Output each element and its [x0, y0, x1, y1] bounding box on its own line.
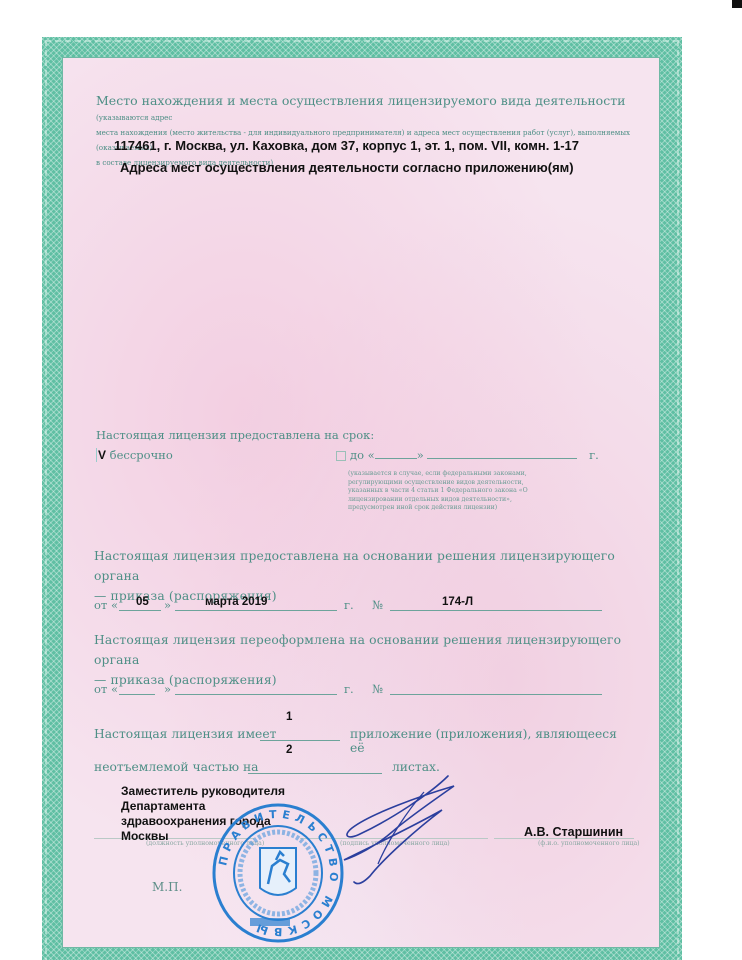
until-mid: »: [417, 448, 424, 462]
reissue-number-label: №: [372, 682, 383, 696]
location-title-note: (указываются адрес: [96, 113, 172, 122]
handwritten-signature-icon: [330, 770, 470, 890]
appendix-text-after: приложение (приложения), являющееся её: [350, 727, 634, 755]
basis-year-suffix: г.: [344, 598, 354, 612]
addresses-note: Адреса мест осуществления деятельности с…: [120, 160, 574, 175]
until-checkbox[interactable]: [336, 451, 346, 461]
reissue-day-close: »: [164, 682, 171, 696]
indefinite-checkbox[interactable]: V бессрочно: [96, 448, 173, 462]
basis-day-value: 05: [136, 596, 149, 608]
location-title: Место нахождения и места осуществления л…: [96, 93, 625, 108]
reissue-month-field[interactable]: [175, 684, 337, 695]
reissue-year-suffix: г.: [344, 682, 354, 696]
reissue-from-label: от «: [94, 682, 118, 696]
basis-text: Настоящая лицензия предоставлена на осно…: [94, 546, 634, 606]
reissue-number-field[interactable]: [390, 684, 602, 695]
until-date-row: до «» г.: [336, 448, 614, 462]
signatory-position-line1: Заместитель руководителя: [121, 784, 285, 799]
basis-from-label: от «: [94, 598, 118, 612]
basis-month-value: марта 2019: [205, 596, 267, 608]
scan-edge-mark: [732, 0, 742, 8]
signatory-name: А.В. Старшинин: [524, 825, 623, 839]
basis-day-close: »: [164, 598, 171, 612]
term-note: (указывается в случае, если федеральными…: [348, 470, 538, 513]
basis-number-field[interactable]: [390, 600, 602, 611]
appendix-text-before: Настоящая лицензия имеет: [94, 727, 276, 741]
reissue-text: Настоящая лицензия переоформлена на осно…: [94, 630, 634, 690]
term-label: Настоящая лицензия предоставлена на срок…: [96, 428, 374, 442]
basis-number-value: 174-Л: [442, 596, 473, 608]
appendix-sheets-value: 2: [286, 744, 292, 756]
reissue-day-field[interactable]: [119, 684, 155, 695]
basis-number-label: №: [372, 598, 383, 612]
indefinite-label: бессрочно: [110, 448, 173, 462]
appendix-row: Настоящая лицензия имеет 1 приложение (п…: [94, 727, 634, 743]
appendix-text2-before: неотъемлемой частью на: [94, 760, 259, 774]
seal-label: М.П.: [152, 880, 182, 894]
until-day-field[interactable]: [375, 448, 417, 459]
until-month-field[interactable]: [427, 448, 577, 459]
until-prefix: до «: [350, 448, 375, 462]
reissue-order-row: от « » г. №: [94, 682, 614, 698]
basis-order-row: от « 05 » марта 2019 г. № 174-Л: [94, 598, 614, 614]
check-mark-icon: V: [96, 448, 106, 462]
appendix-count-value: 1: [286, 711, 292, 723]
caption-name: (ф.и.о. уполномоченного лица): [538, 840, 640, 847]
reissue-text-line1: Настоящая лицензия переоформлена на осно…: [94, 630, 634, 670]
address-line: 117461, г. Москва, ул. Каховка, дом 37, …: [114, 138, 579, 153]
appendix-count-field[interactable]: [260, 730, 340, 741]
until-suffix: г.: [589, 448, 599, 462]
basis-text-line1: Настоящая лицензия предоставлена на осно…: [94, 546, 634, 586]
official-seal-icon: ПРАВИТЕЛЬСТВО МОСКВЫ: [210, 800, 346, 946]
location-header: Место нахождения и места осуществления л…: [96, 93, 666, 168]
